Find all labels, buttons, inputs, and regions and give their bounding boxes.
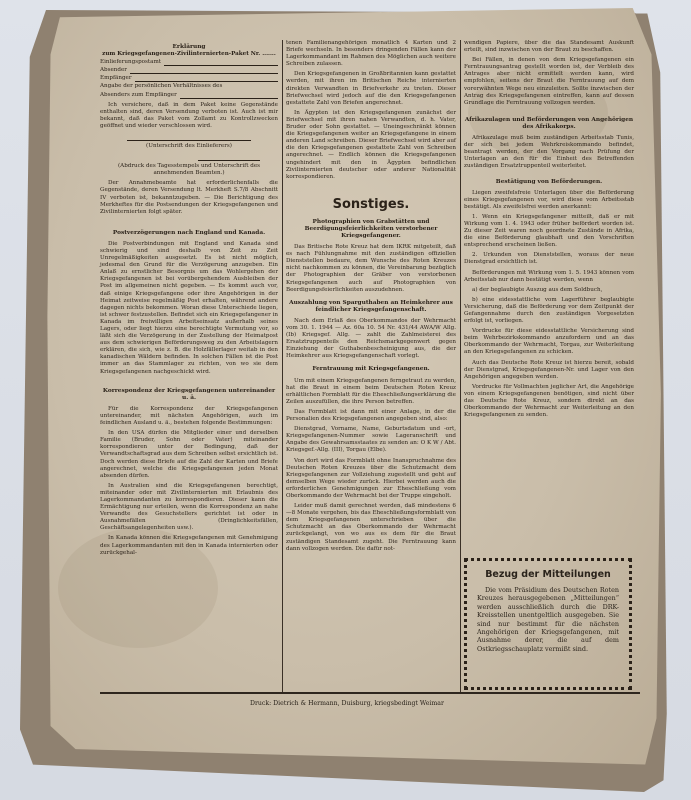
- article-paragraph: In Ägypten ist den Kriegsgefangenen zunä…: [286, 110, 456, 181]
- article-proxy-marriage: Ferntrauung mit Kriegsgefangenen. Um mit…: [286, 366, 456, 552]
- article-paragraph: a) der beglaubigte Auszug aus dem Soldbu…: [464, 287, 634, 294]
- form-title: Erklärung: [100, 44, 278, 51]
- article-paragraph: In Australien sind die Kriegsgefangenen …: [100, 483, 278, 533]
- form-field: Empfänger: [100, 75, 278, 82]
- article-paragraph: Auch das Deutsche Rote Kreuz ist hierzu …: [464, 360, 634, 381]
- article-paragraph: Nach dem Erlaß des Oberkommandos der Weh…: [286, 318, 456, 361]
- form-note: Der Annahmebeamte hat erforderlichenfall…: [100, 180, 278, 215]
- article-heading: Photographien von Grabstätten und Beerdi…: [286, 219, 456, 240]
- article-paragraph: Bei Fällen, in denen von dem Kriegsgefan…: [464, 57, 634, 107]
- article-paragraph: Von dort wird das Formblatt ohne Inanspr…: [286, 458, 456, 501]
- form-field: Angabe der persönlichen Verhältnisses de…: [100, 83, 278, 90]
- form-field: Absender: [100, 67, 278, 74]
- article-savings-payout: Auszahlung von Sparguthaben an Heimkehre…: [286, 300, 456, 361]
- article-pow-correspondence: Korrespondenz der Kriegsgefangenen unter…: [100, 388, 278, 557]
- article-heading: Afrikazulagen und Beförderungen von Ange…: [464, 117, 634, 131]
- article-paragraph: Dienstgrad, Vorname, Name, Geburtsdatum …: [286, 426, 456, 454]
- form-field: Absenders zum Empfänger: [100, 92, 278, 99]
- article-paragraph: Die Postverbindungen mit England und Kan…: [100, 241, 278, 376]
- article-paragraph: Das Formblatt ist dann mit einer Anlage,…: [286, 409, 456, 423]
- column-1: Erklärung zum Kriegsgefangenen-Zivilinte…: [100, 40, 278, 560]
- article-paragraph: 2. Urkunden von Dienststellen, woraus de…: [464, 252, 634, 266]
- article-heading: Ferntrauung mit Kriegsgefangenen.: [286, 366, 456, 373]
- document-body: Erklärung zum Kriegsgefangenen-Zivilinte…: [100, 40, 640, 720]
- article-heading: Korrespondenz der Kriegsgefangenen unter…: [100, 388, 278, 402]
- article-paragraph: Leider muß damit gerechnet werden, daß m…: [286, 503, 456, 553]
- notice-box-subscription: Bezug der Mitteilungen Die vom Präsidium…: [464, 558, 632, 690]
- article-heading: Postverzögerungen nach England und Kanad…: [100, 230, 278, 237]
- parcel-declaration-form: Erklärung zum Kriegsgefangenen-Zivilinte…: [100, 44, 278, 216]
- article-paragraph: In Kanada können die Kriegsgefangenen mi…: [100, 535, 278, 556]
- column-3: wendigen Papiere, über die das Standesam…: [464, 40, 634, 422]
- printer-imprint: Druck: Dietrich & Hermann, Duisburg, kri…: [250, 700, 444, 707]
- article-heading: Auszahlung von Sparguthaben an Heimkehre…: [286, 300, 456, 314]
- article-paragraph: Das Britische Rote Kreuz hat dem IKRK mi…: [286, 244, 456, 294]
- article-mail-delays: Postverzögerungen nach England und Kanad…: [100, 230, 278, 376]
- article-paragraph: Für die Korrespondenz der Kriegsgefangen…: [100, 406, 278, 427]
- section-banner: Sonstiges.: [286, 197, 456, 213]
- article-paragraph: Vordrucke für diese eidesstattliche Vers…: [464, 328, 634, 356]
- article-heading: Bestätigung von Beförderungen.: [464, 179, 634, 186]
- signature-caption: (Unterschrift des Einlieferers): [100, 143, 278, 150]
- article-paragraph: b) eine eidesstattliche vom Lagerführer …: [464, 297, 634, 325]
- article-paragraph: tenen Familienangehörigen monatlich 4 Ka…: [286, 40, 456, 68]
- stamp-caption: (Abdruck des Tagesstempels und Unterschr…: [100, 163, 278, 177]
- article-africa-allowance: Afrikazulagen und Beförderungen von Ange…: [464, 117, 634, 171]
- article-promotion-confirmation: Bestätigung von Beförderungen. Liegen zw…: [464, 179, 634, 420]
- column-2: tenen Familienangehörigen monatlich 4 Ka…: [286, 40, 456, 556]
- article-paragraph: Afrikazulage muß beim zuständigen Arbeit…: [464, 135, 634, 170]
- article-grave-photos: Photographien von Grabstätten und Beerdi…: [286, 219, 456, 294]
- column-divider: [460, 40, 461, 692]
- signature-line: [127, 140, 252, 141]
- article-paragraph: 1. Wenn ein Kriegsgefangener mitteilt, d…: [464, 214, 634, 249]
- article-paragraph: Vordrucke für Vollmachten jeglicher Art,…: [464, 384, 634, 419]
- article-paragraph: wendigen Papiere, über die das Standesam…: [464, 40, 634, 54]
- form-subtitle: zum Kriegsgefangenen-Zivilinternierten-P…: [100, 51, 278, 58]
- article-paragraph: In den USA dürfen die Mitglieder einer u…: [100, 430, 278, 480]
- footer-rule: [100, 692, 640, 694]
- article-paragraph: Beförderungen mit Wirkung vom 1. 5. 1943…: [464, 270, 634, 284]
- form-declaration: Ich versichere, daß in dem Paket keine G…: [100, 102, 278, 130]
- column-divider: [282, 40, 283, 692]
- article-paragraph: Den Kriegsgefangenen in Großbritannien k…: [286, 71, 456, 106]
- article-paragraph: Um mit einem Kriegsgefangenen ferngetrau…: [286, 378, 456, 406]
- article-paragraph: Liegen zweifelsfreie Unterlagen über die…: [464, 190, 634, 211]
- stamp-line: [198, 160, 260, 161]
- notice-box-title: Bezug der Mitteilungen: [477, 569, 619, 580]
- notice-box-text: Die vom Präsidium des Deutschen Roten Kr…: [477, 586, 619, 653]
- form-field: Einlieferungspostamt: [100, 59, 278, 66]
